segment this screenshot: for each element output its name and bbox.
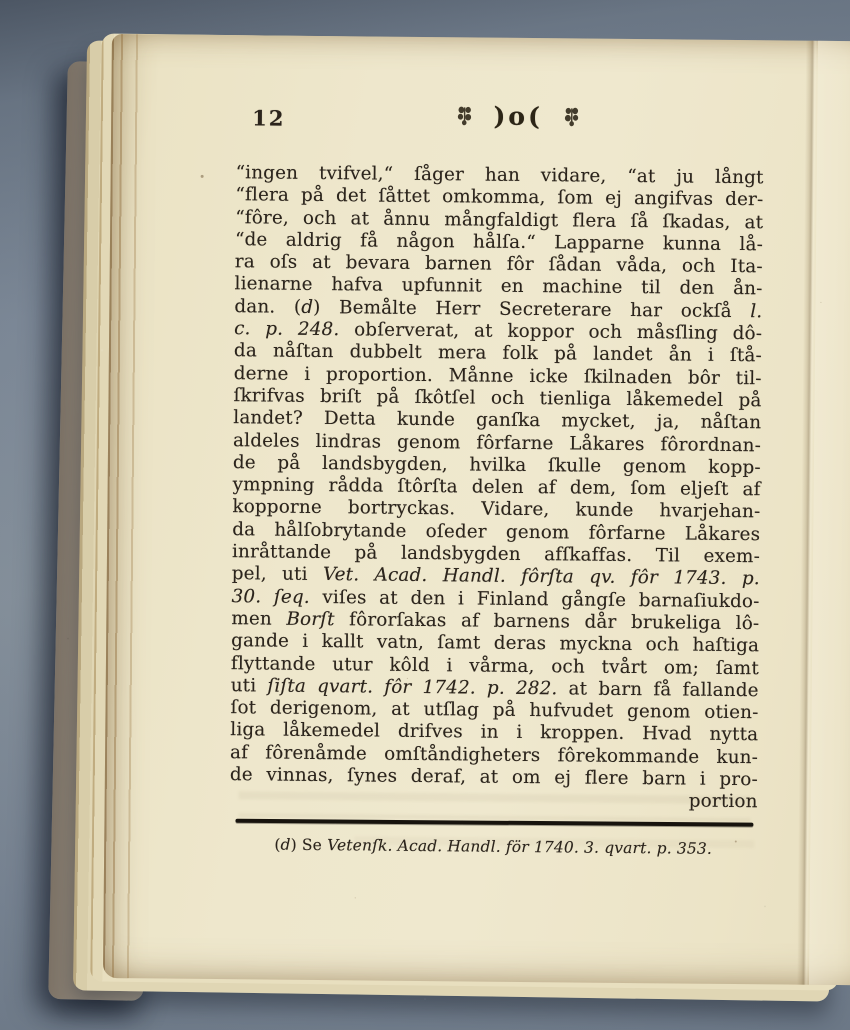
footnote-rule: [235, 818, 753, 826]
body-text: “ingen tvifvel,“ ſåger han vidare, “at j…: [230, 162, 764, 791]
ornament-text: )o(: [493, 102, 543, 131]
footnote: (d) Se Vetenſk. Acad. Handl. för 1740. 3…: [229, 835, 757, 859]
text-block: 12 )o(: [229, 93, 764, 859]
book-page: 12 )o(: [103, 34, 850, 985]
foxing-spots: [201, 175, 204, 178]
page-fold-crease: [797, 41, 818, 985]
photo-of-book-page: 12 )o(: [0, 0, 850, 1030]
page-header: 12 )o(: [236, 93, 765, 154]
header-ornament: )o(: [254, 99, 782, 133]
page-edge-lines: [103, 34, 158, 978]
catchword: portion: [230, 786, 758, 813]
facing-page-sliver: [809, 41, 850, 985]
fleuron-right-icon: [563, 105, 580, 128]
fleuron-left-icon: [456, 104, 473, 127]
